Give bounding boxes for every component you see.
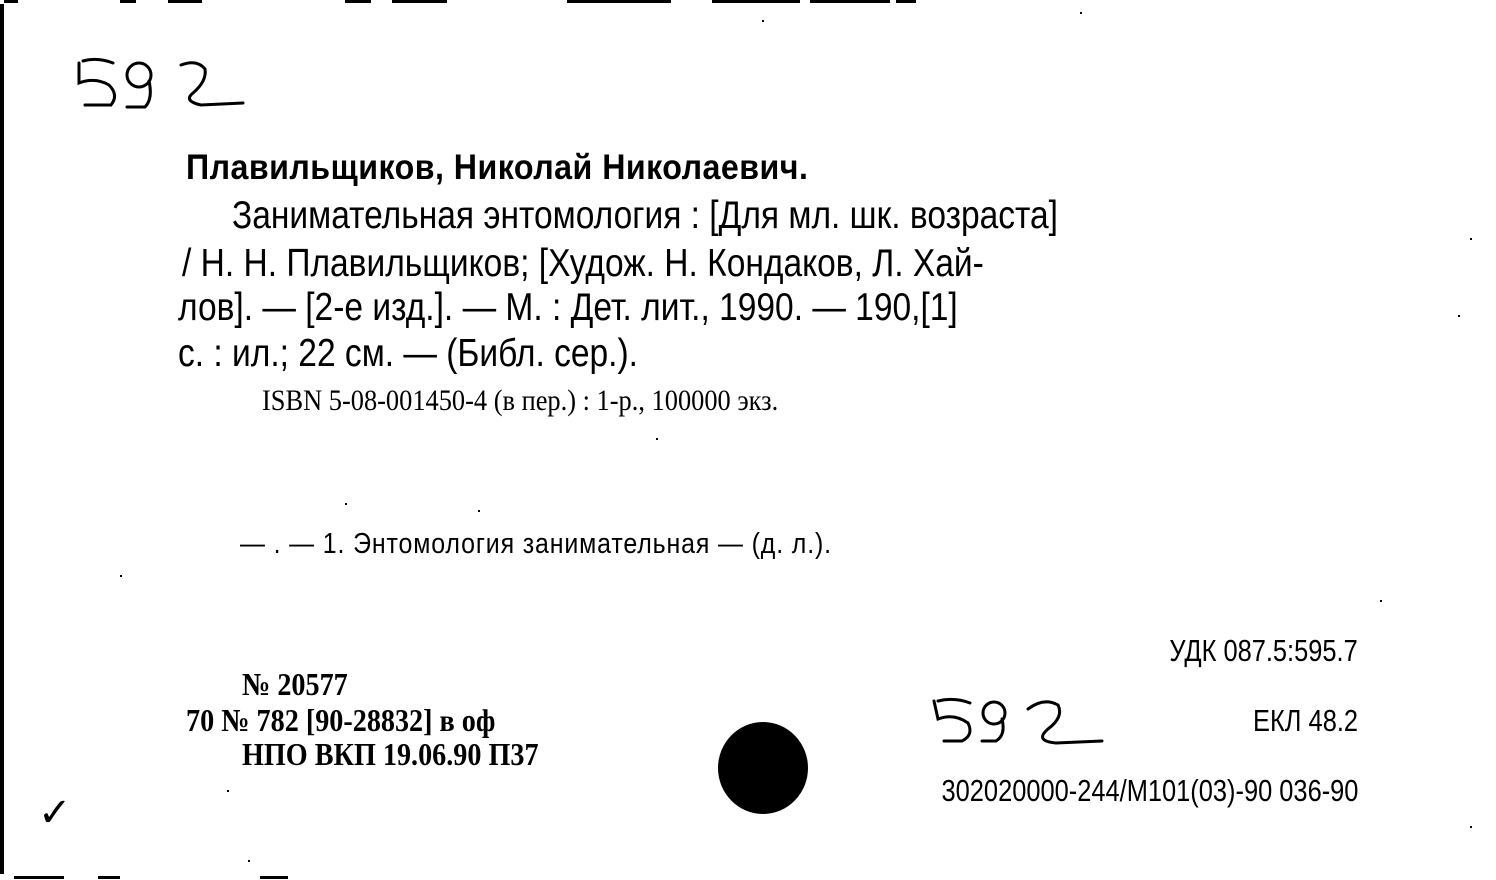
card-edge-top	[120, 0, 136, 3]
card-edge-top	[4, 0, 18, 3]
scan-speck	[1380, 600, 1382, 602]
author-heading: Плавильщиков, Николай Николаевич.	[186, 150, 808, 185]
handwritten-shelf-mark-bottom	[930, 695, 1110, 751]
description-line: с. : ил.; 22 см. — (Библ. сер.).	[178, 334, 638, 373]
card-edge-top	[345, 0, 371, 3]
card-edge-left	[0, 4, 4, 874]
scan-speck	[345, 503, 347, 505]
description-line: лов]. — [2-е изд.]. — М. : Дет. лит., 19…	[178, 288, 958, 327]
card-edge-bottom	[14, 876, 64, 879]
scan-speck	[1470, 238, 1472, 240]
scan-speck	[656, 438, 658, 440]
card-edge-bottom	[98, 876, 120, 879]
handwritten-shelf-mark-top	[75, 55, 255, 115]
udk-classification: УДК 087.5:595.7	[1170, 635, 1358, 666]
description-line: / Н. Н. Плавильщиков; [Худож. Н. Кондако…	[182, 244, 984, 283]
imprint-line: № 20577	[242, 668, 348, 700]
imprint-line: 70 № 782 [90-28832] в оф	[186, 704, 495, 736]
catalog-card: Плавильщиков, Николай Николаевич. Занима…	[0, 0, 1496, 880]
card-edge-top	[843, 0, 865, 3]
scan-speck	[248, 860, 250, 862]
card-edge-bottom	[260, 876, 288, 879]
card-edge-top	[168, 0, 202, 3]
card-edge-top	[712, 0, 742, 3]
subject-heading-line: — . — 1. Энтомология занимательная — (д.…	[240, 530, 832, 559]
card-edge-top	[740, 0, 800, 3]
card-edge-top	[896, 0, 916, 3]
card-edge-top	[567, 0, 671, 3]
scan-speck	[227, 790, 229, 792]
check-mark-icon: ✓	[38, 790, 72, 836]
card-edge-top	[392, 0, 447, 3]
scan-speck	[1458, 315, 1460, 317]
scan-speck	[1470, 826, 1472, 828]
scan-speck	[120, 575, 122, 577]
description-line: Занимательная энтомология : [Для мл. шк.…	[232, 196, 1058, 235]
catalog-code-line: 302020000-244/М101(03)-90 036-90	[941, 775, 1358, 806]
scan-speck	[478, 510, 480, 512]
ekl-classification: ЕКЛ 48.2	[1253, 705, 1358, 736]
isbn-line: ISBN 5-08-001450-4 (в пер.) : 1-р., 1000…	[262, 386, 778, 416]
imprint-line: НПО ВКП 19.06.90 П37	[242, 738, 539, 770]
punch-hole	[718, 722, 808, 814]
scan-speck	[762, 20, 764, 22]
scan-speck	[1080, 12, 1082, 14]
